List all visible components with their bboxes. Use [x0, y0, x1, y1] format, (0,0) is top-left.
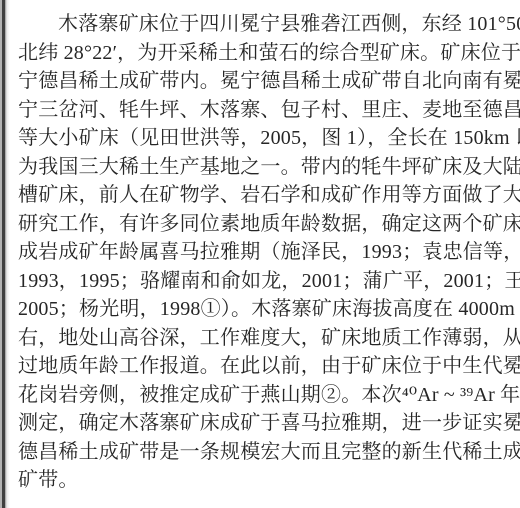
text-line: 槽矿床，前人在矿物学、岩石学和成矿作用等方面做了大量 [18, 181, 506, 210]
text-line: 北纬 28°22′，为开采稀土和萤石的综合型矿床。矿床位于冕 [18, 39, 506, 68]
page-edge-shadow [0, 0, 10, 508]
text-line: 花岗岩旁侧，被推定成矿于燕山期②。本次⁴⁰Ar ~ ³⁹Ar 年龄 [18, 381, 506, 410]
text-line: 1993，1995；骆耀南和俞如龙，2001；蒲广平，2001；王登红， [18, 267, 506, 296]
text-line: 为我国三大稀土生产基地之一。带内的牦牛坪矿床及大陆 [18, 153, 506, 182]
text-line: 过地质年龄工作报道。在此以前，由于矿床位于中生代冕西 [18, 352, 506, 381]
text-line: 矿带。 [18, 466, 506, 495]
text-line: 研究工作，有许多同位素地质年龄数据，确定这两个矿床的 [18, 210, 506, 239]
text-line: 成岩成矿年龄属喜马拉雅期（施泽民，1993；袁忠信等， [18, 238, 506, 267]
scanned-page: 木落寨矿床位于四川冕宁县雅砻江西侧，东经 101°50′，北纬 28°22′，为… [0, 0, 520, 508]
text-line: 宁三岔河、牦牛坪、木落寨、包子村、里庄、麦地至德昌大陆槽 [18, 96, 506, 125]
text-line: 2005；杨光明，1998①）。木落寨矿床海拔高度在 4000m 左 [18, 295, 506, 324]
text-line: 测定，确定木落寨矿床成矿于喜马拉雅期，进一步证实冕宁 [18, 409, 506, 438]
text-line: 宁德昌稀土成矿带内。冕宁德昌稀土成矿带自北向南有冕 [18, 67, 506, 96]
body-paragraph: 木落寨矿床位于四川冕宁县雅砻江西侧，东经 101°50′，北纬 28°22′，为… [18, 10, 506, 495]
text-line: 右，地处山高谷深，工作难度大，矿床地质工作薄弱，从未有 [18, 324, 506, 353]
text-line: 等大小矿床（见田世洪等，2005，图 1），全长在 150km 以上， [18, 124, 506, 153]
text-line: 德昌稀土成矿带是一条规模宏大而且完整的新生代稀土成 [18, 438, 506, 467]
text-line: 木落寨矿床位于四川冕宁县雅砻江西侧，东经 101°50′， [18, 10, 506, 39]
